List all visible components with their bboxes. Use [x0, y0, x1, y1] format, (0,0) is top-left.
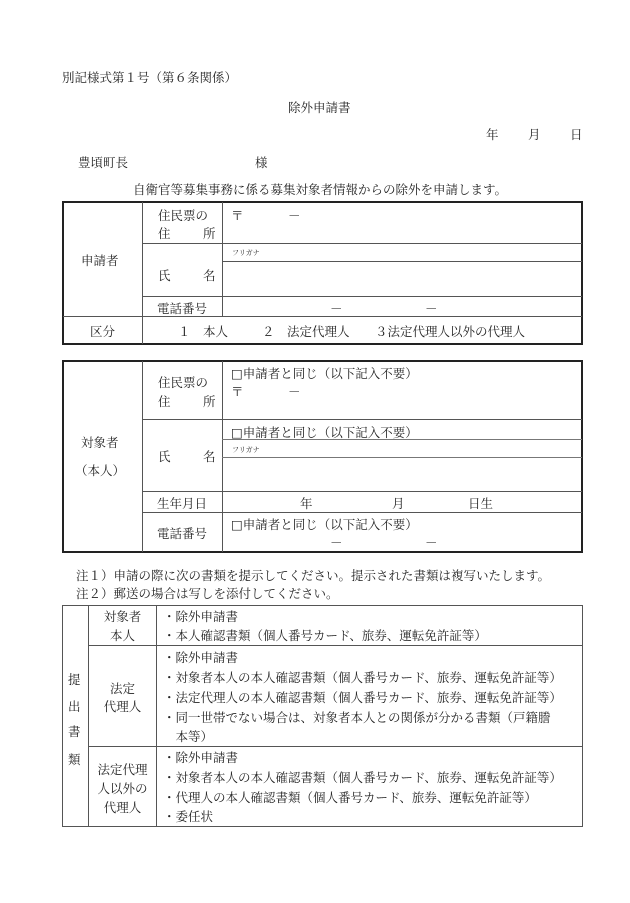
documents-label-char-3: 書	[68, 722, 81, 740]
addressee: 豊頃町長	[78, 153, 128, 171]
doc-row3-category-line2: 人以外の	[89, 779, 156, 797]
documents-label-char-2: 出	[68, 697, 81, 715]
doc-row2-item-3: ・法定代理人の本人確認書類（個人番号カード、旅券、運転免許証等）	[163, 688, 562, 706]
documents-label-char-4: 類	[68, 750, 81, 768]
subject-phone-label: 電話番号	[157, 524, 207, 542]
subject-birth-month: 月	[392, 494, 405, 512]
date-month-label: 月	[528, 125, 541, 143]
applicant-name-label-a: 氏	[158, 266, 171, 284]
doc-row2-category-line2: 代理人	[89, 697, 156, 715]
documents-label-char-1: 提	[68, 670, 81, 688]
subject-furigana-label: フリガナ	[232, 445, 260, 455]
subject-phone-dash-1: －	[330, 533, 343, 551]
note-1: 注１）申請の際に次の書類を提示してください。提示された書類は複写いたします。	[76, 566, 550, 584]
applicant-section-label: 申請者	[81, 251, 119, 269]
applicant-address-field[interactable]	[223, 221, 582, 242]
date-day-label: 日	[570, 125, 583, 143]
subject-postal-dash: －	[288, 382, 301, 400]
subject-section-label-1: 対象者	[81, 433, 119, 451]
doc-row2-item-2: ・対象者本人の本人確認書類（個人番号カード、旅券、運転免許証等）	[163, 668, 562, 686]
subject-postal-mark: 〒	[231, 382, 244, 400]
doc-row3-item-1: ・除外申請書	[163, 748, 238, 766]
subject-birth-label: 生年月日	[157, 494, 207, 512]
subject-address-label-2b: 所	[203, 392, 216, 410]
doc-row1-item-2: ・本人確認書類（個人番号カード、旅券、運転免許証等）	[163, 626, 487, 644]
category-label: 区分	[90, 322, 115, 340]
doc-row3-category-line3: 代理人	[89, 798, 156, 816]
applicant-phone-dash-1: －	[330, 299, 343, 317]
doc-row1-category-line1: 対象者	[89, 607, 156, 625]
subject-section-label-2: （本人）	[75, 461, 125, 479]
subject-phone-same-checkbox[interactable]: □申請者と同じ（以下記入不要）	[231, 515, 418, 533]
subject-name-label-b: 名	[203, 447, 216, 465]
doc-row2-item-4: ・同一世帯でない場合は、対象者本人との関係が分かる書類（戸籍謄	[163, 708, 551, 726]
applicant-furigana-label: フリガナ	[232, 248, 260, 258]
applicant-address-input[interactable]	[223, 262, 582, 295]
doc-row3-item-4: ・委任状	[163, 807, 213, 825]
category-option-self[interactable]: １ 本人	[178, 322, 228, 340]
subject-birth-day: 日生	[468, 494, 493, 512]
form-number: 別記様式第１号（第６条関係）	[62, 68, 237, 86]
note-2: 注２）郵送の場合は写しを添付してください。	[76, 584, 339, 602]
subject-name-same-checkbox[interactable]: □申請者と同じ（以下記入不要）	[231, 423, 418, 441]
doc-row1-category-line2: 本人	[89, 626, 156, 644]
doc-row3-item-3: ・代理人の本人確認書類（個人番号カード、旅券、運転免許証等）	[163, 788, 537, 806]
subject-address-same-checkbox[interactable]: □申請者と同じ（以下記入不要）	[231, 364, 418, 382]
application-statement: 自衛官等募集事務に係る募集対象者情報からの除外を申請します。	[133, 180, 507, 198]
applicant-phone-dash-2: －	[425, 299, 438, 317]
applicant-address-label-2a: 住	[158, 224, 171, 242]
doc-row2-category-line1: 法定	[89, 679, 156, 697]
subject-birth-year: 年	[300, 494, 313, 512]
applicant-address-label-2b: 所	[203, 224, 216, 242]
doc-row2-item-1: ・除外申請書	[163, 648, 238, 666]
doc-row3-category-line1: 法定代理	[89, 760, 156, 778]
date-year-label: 年	[486, 125, 499, 143]
category-option-other-rep[interactable]: ３法定代理人以外の代理人	[375, 322, 525, 340]
doc-row1-item-1: ・除外申請書	[163, 607, 238, 625]
honorific: 様	[255, 153, 268, 171]
doc-row3-item-2: ・対象者本人の本人確認書類（個人番号カード、旅券、運転免許証等）	[163, 768, 562, 786]
applicant-name-label-b: 名	[203, 266, 216, 284]
applicant-phone-label: 電話番号	[157, 299, 207, 317]
category-option-legal-rep[interactable]: ２ 法定代理人	[262, 322, 350, 340]
doc-row2-item-5: 本等）	[163, 727, 213, 745]
applicant-address-label-1: 住民票の	[158, 206, 208, 224]
document-title: 除外申請書	[288, 98, 351, 116]
subject-address-label-1: 住民票の	[158, 373, 208, 391]
subject-phone-dash-2: －	[425, 533, 438, 551]
subject-name-label-a: 氏	[158, 447, 171, 465]
subject-address-label-2a: 住	[158, 392, 171, 410]
